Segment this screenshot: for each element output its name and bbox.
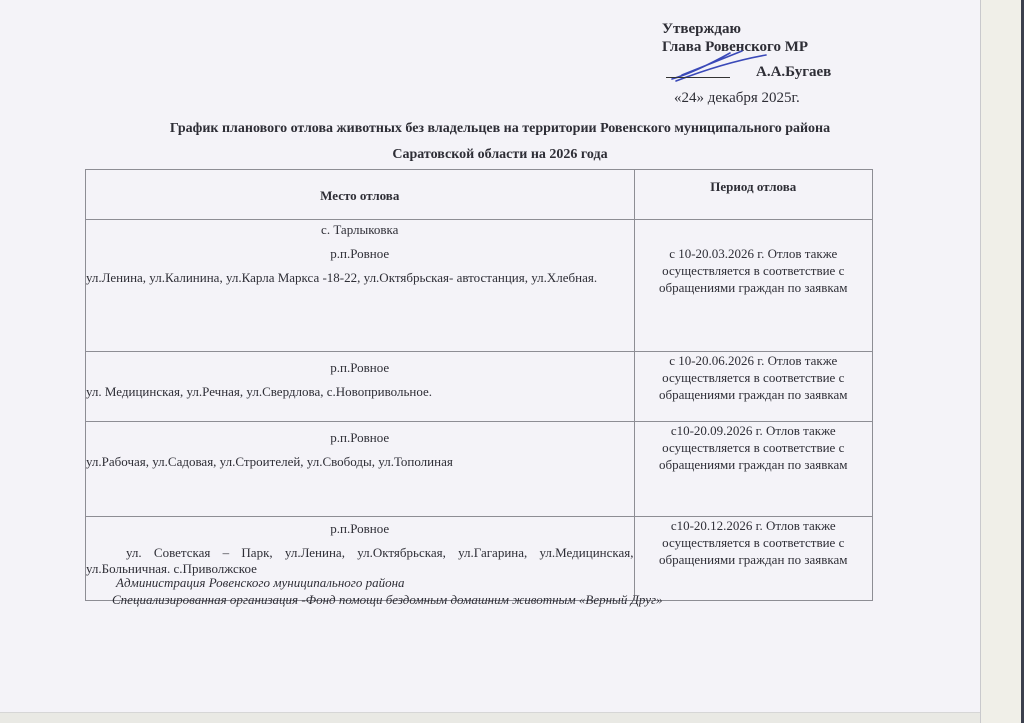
period-cell: с 10-20.03.2026 г. Отлов также осуществл… bbox=[634, 220, 873, 352]
scanned-page: Утверждаю Глава Ровенского МР А.А.Бугаев… bbox=[0, 0, 980, 712]
footer-signatories: Администрация Ровенского муниципального … bbox=[112, 574, 663, 608]
place-settlement: р.п.Ровное bbox=[86, 246, 634, 262]
signature-line: А.А.Бугаев bbox=[662, 61, 902, 81]
document-title-line2: Саратовской области на 2026 года bbox=[60, 147, 940, 163]
table-header-row: Место отлова Период отлова bbox=[86, 170, 873, 220]
table-row: с. Тарлыковка р.п.Ровное ул.Ленина, ул.К… bbox=[86, 220, 873, 352]
header-period: Период отлова bbox=[634, 170, 873, 220]
period-cell: с10-20.09.2026 г. Отлов также осуществля… bbox=[634, 422, 873, 517]
place-streets: ул.Рабочая, ул.Садовая, ул.Строителей, у… bbox=[86, 454, 634, 470]
period-cell: с 10-20.06.2026 г. Отлов также осуществл… bbox=[634, 352, 873, 422]
schedule-table: Место отлова Период отлова с. Тарлыковка… bbox=[85, 169, 873, 601]
place-settlement: р.п.Ровное bbox=[86, 430, 634, 446]
scan-right-edge bbox=[980, 0, 1024, 723]
place-cell: р.п.Ровное ул. Медицинская, ул.Речная, у… bbox=[86, 352, 635, 422]
signer-name: А.А.Бугаев bbox=[756, 63, 831, 81]
footer-administration: Администрация Ровенского муниципального … bbox=[112, 574, 663, 591]
approval-block: Утверждаю Глава Ровенского МР А.А.Бугаев… bbox=[662, 20, 902, 107]
place-settlement: с. Тарлыковка bbox=[86, 222, 634, 238]
place-cell: р.п.Ровное ул.Рабочая, ул.Садовая, ул.Ст… bbox=[86, 422, 635, 517]
table-row: р.п.Ровное ул. Медицинская, ул.Речная, у… bbox=[86, 352, 873, 422]
scan-bottom-edge bbox=[0, 712, 980, 723]
place-settlement: р.п.Ровное bbox=[86, 360, 634, 376]
table-row: р.п.Ровное ул.Рабочая, ул.Садовая, ул.Ст… bbox=[86, 422, 873, 517]
period-cell: с10-20.12.2026 г. Отлов также осуществля… bbox=[634, 517, 873, 601]
approval-date: «24» декабря 2025г. bbox=[662, 89, 902, 107]
place-streets: ул. Медицинская, ул.Речная, ул.Свердлова… bbox=[86, 384, 634, 400]
place-cell: с. Тарлыковка р.п.Ровное ул.Ленина, ул.К… bbox=[86, 220, 635, 352]
place-streets: ул.Ленина, ул.Калинина, ул.Карла Маркса … bbox=[86, 270, 634, 286]
footer-organization: Специализированная организация -Фонд пом… bbox=[112, 591, 663, 608]
place-settlement: р.п.Ровное bbox=[86, 521, 634, 537]
header-place: Место отлова bbox=[86, 170, 635, 220]
signature-underline bbox=[666, 77, 730, 78]
approval-label: Утверждаю bbox=[662, 20, 902, 38]
document-title-line1: График планового отлова животных без вла… bbox=[60, 121, 940, 137]
place-streets: ул. Советская – Парк, ул.Ленина, ул.Октя… bbox=[86, 545, 634, 577]
